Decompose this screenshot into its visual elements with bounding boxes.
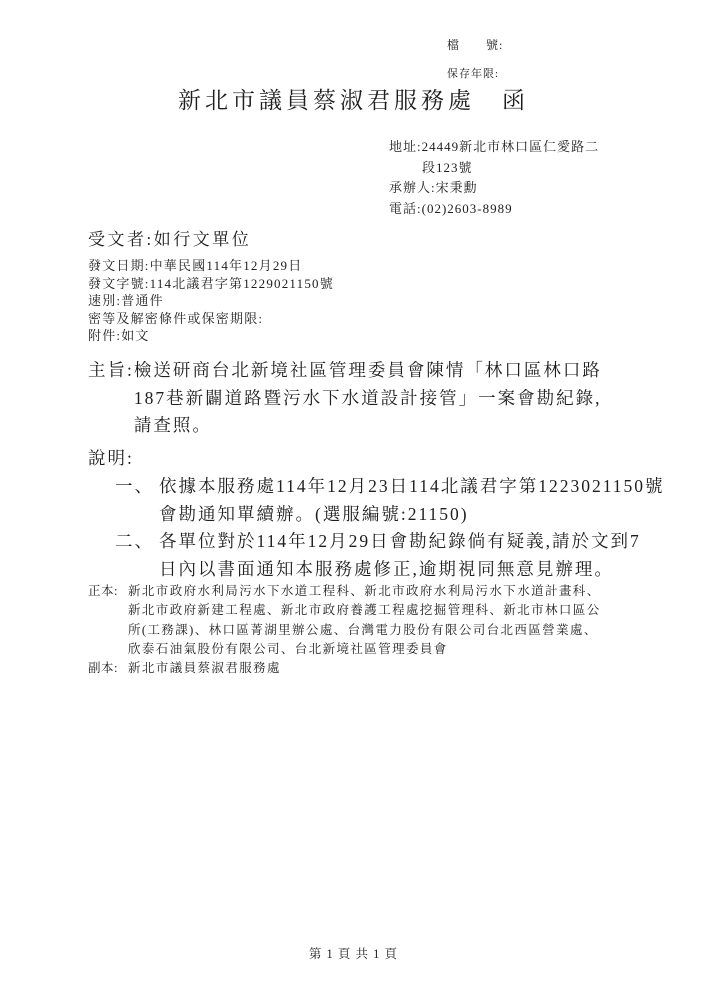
- copy-label: 副本:: [88, 659, 128, 678]
- subject-section: 主旨: 檢送研商台北新境社區管理委員會陳情「林口區林口路 187巷新闢道路暨污水…: [88, 357, 602, 440]
- copy-recipients-text: 新北市議員蔡淑君服務處: [128, 659, 281, 678]
- document-title: 新北市議員蔡淑君服務處 函: [0, 82, 707, 115]
- original-label: 正本:: [88, 582, 128, 659]
- item-number: 一、: [115, 473, 159, 528]
- file-number-label: 檔 號:: [447, 36, 503, 53]
- item-text-line: 日內以書面通知本服務處修正,逾期視同無意見辦理。: [159, 556, 641, 584]
- sender-contact-person: 承辦人:宋秉勳: [389, 178, 599, 199]
- retention-period-label: 保存年限:: [447, 65, 503, 81]
- recipient-line: 受文者:如行文單位: [88, 225, 251, 250]
- issue-number-line: 發文字號:114北議君字第1229021150號: [88, 275, 334, 293]
- explanation-item-1: 一、 依據本服務處114年12月23日114北議君字第1223021150號 會…: [115, 473, 665, 528]
- copy-recipients-row: 副本: 新北市議員蔡淑君服務處: [88, 659, 601, 678]
- explanation-items: 一、 依據本服務處114年12月23日114北議君字第1223021150號 會…: [115, 473, 665, 583]
- page-number-footer: 第 1 頁 共 1 頁: [0, 944, 707, 962]
- issue-date-line: 發文日期:中華民國114年12月29日: [88, 257, 334, 275]
- item-text: 依據本服務處114年12月23日114北議君字第1223021150號 會勘通知…: [159, 473, 665, 528]
- sender-info-block: 地址:24449新北市林口區仁愛路二 段123號 承辦人:宋秉勳 電話:(02)…: [389, 137, 599, 219]
- original-recipients-line: 新北市政府新建工程處、新北市政府養護工程處挖掘管理科、新北市林口區公: [128, 601, 601, 620]
- official-letter-page: 檔 號: 保存年限: 新北市議員蔡淑君服務處 函 地址:24449新北市林口區仁…: [0, 0, 707, 1000]
- document-meta-block: 發文日期:中華民國114年12月29日 發文字號:114北議君字第1229021…: [88, 257, 334, 345]
- attachment-line: 附件:如文: [88, 327, 334, 345]
- distribution-block: 正本: 新北市政府水利局污水下水道工程科、新北市政府水利局污水下水道計畫科、 新…: [88, 582, 601, 678]
- security-line: 密等及解密條件或保密期限:: [88, 310, 334, 328]
- explanation-item-2: 二、 各單位對於114年12月29日會勘紀錄倘有疑義,請於文到7 日內以書面通知…: [115, 528, 665, 583]
- priority-line: 速別:普通件: [88, 292, 334, 310]
- item-text-line: 各單位對於114年12月29日會勘紀錄倘有疑義,請於文到7: [159, 528, 641, 556]
- item-text: 各單位對於114年12月29日會勘紀錄倘有疑義,請於文到7 日內以書面通知本服務…: [159, 528, 641, 583]
- subject-label: 主旨:: [88, 357, 134, 440]
- sender-address-line2: 段123號: [389, 158, 599, 179]
- sender-address-line1: 地址:24449新北市林口區仁愛路二: [389, 137, 599, 158]
- subject-text-line: 檢送研商台北新境社區管理委員會陳情「林口區林口路: [134, 357, 602, 385]
- original-recipients-line: 所(工務課)、林口區菁湖里辦公處、台灣電力股份有限公司台北西區營業處、: [128, 621, 601, 640]
- item-text-line: 會勘通知單續辦。(選服編號:21150): [159, 501, 665, 529]
- explanation-label: 說明:: [88, 445, 134, 470]
- item-number: 二、: [115, 528, 159, 583]
- sender-phone: 電話:(02)2603-8989: [389, 199, 599, 220]
- subject-text: 檢送研商台北新境社區管理委員會陳情「林口區林口路 187巷新闢道路暨污水下水道設…: [134, 357, 602, 440]
- subject-text-line: 187巷新闢道路暨污水下水道設計接管」一案會勘紀錄,: [134, 385, 602, 413]
- subject-text-line: 請查照。: [134, 412, 602, 440]
- original-recipients-line: 新北市政府水利局污水下水道工程科、新北市政府水利局污水下水道計畫科、: [128, 582, 601, 601]
- item-text-line: 依據本服務處114年12月23日114北議君字第1223021150號: [159, 473, 665, 501]
- original-recipients-row: 正本: 新北市政府水利局污水下水道工程科、新北市政府水利局污水下水道計畫科、 新…: [88, 582, 601, 659]
- original-recipients-line: 欣泰石油氣股份有限公司、台北新境社區管理委員會: [128, 640, 601, 659]
- original-recipients-text: 新北市政府水利局污水下水道工程科、新北市政府水利局污水下水道計畫科、 新北市政府…: [128, 582, 601, 659]
- file-number-block: 檔 號: 保存年限:: [447, 36, 503, 81]
